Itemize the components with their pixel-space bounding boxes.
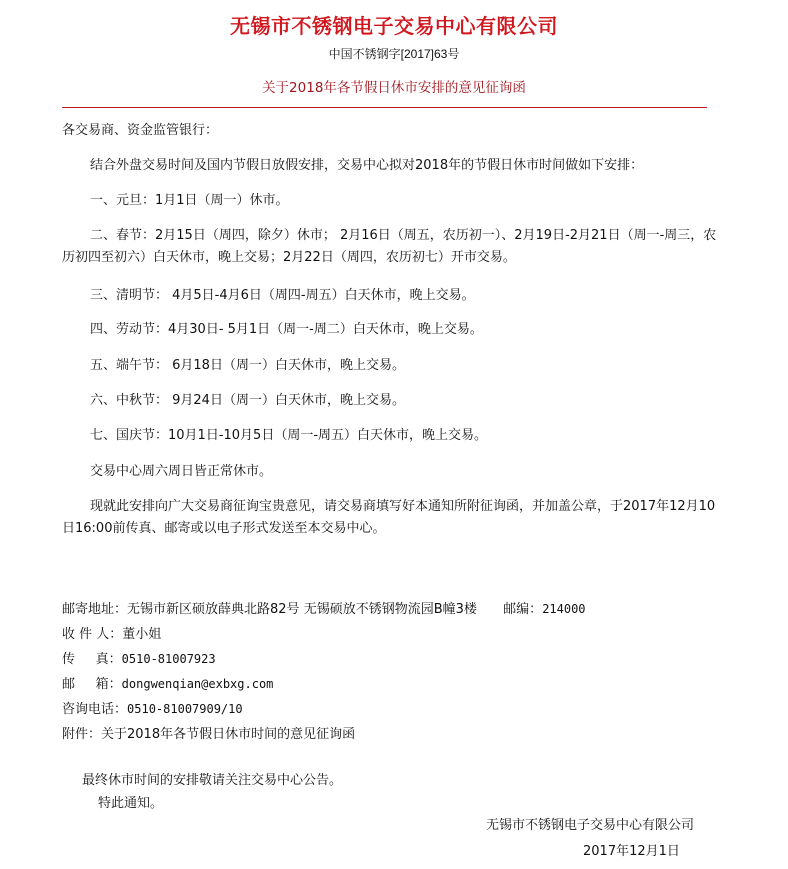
fax-line: 传 真：0510-81007923 xyxy=(62,648,216,667)
holiday-national-day: 七、国庆节：10月1日-10月5日（周一-周五）白天休市，晚上交易。 xyxy=(90,426,487,446)
holiday-spring-festival: 二、春节：2月15日（周四，除夕）休市； 2月16日（周五，农历初一）、2月19… xyxy=(62,225,722,269)
company-title: 无锡市不锈钢电子交易中心有限公司 xyxy=(0,10,788,39)
holiday-new-year: 一、元旦：1月1日（周一）休市。 xyxy=(90,191,289,211)
fax-label: 传 真： xyxy=(62,652,122,667)
address-label: 邮寄地址： xyxy=(62,602,127,617)
attachment-value: 关于2018年各节假日休市时间的意见征询函 xyxy=(101,727,355,742)
phone-line: 咨询电话：0510-81007909/10 xyxy=(62,698,243,717)
weekend-note: 交易中心周六周日皆正常休市。 xyxy=(90,462,272,482)
phone-value: 0510-81007909/10 xyxy=(127,702,243,716)
recipient-label: 收 件 人： xyxy=(62,627,122,642)
signature: 无锡市不锈钢电子交易中心有限公司 xyxy=(486,814,694,833)
salutation: 各交易商、资金监管银行： xyxy=(62,121,218,141)
address-line: 邮寄地址：无锡市新区硕放薛典北路82号 无锡硕放不锈钢物流园B幢3楼 邮编：21… xyxy=(62,598,586,617)
intro-paragraph: 结合外盘交易时间及国内节假日放假安排，交易中心拟对2018年的节假日休市时间做如… xyxy=(90,156,643,176)
email-label: 邮 箱： xyxy=(62,677,122,692)
holiday-qingming: 三、清明节： 4月5日-4月6日（周四-周五）白天休市，晚上交易。 xyxy=(90,286,475,306)
email-line: 邮 箱：dongwenqian@exbxg.com xyxy=(62,673,273,692)
recipient-value: 董小姐 xyxy=(122,627,161,642)
header-divider xyxy=(62,107,707,108)
recipient-line: 收 件 人：董小姐 xyxy=(62,623,161,642)
attachment-line: 附件：关于2018年各节假日休市时间的意见征询函 xyxy=(62,723,355,742)
document-subject: 关于2018年各节假日休市安排的意见征询函 xyxy=(0,76,788,96)
attachment-label: 附件： xyxy=(62,727,101,742)
notice-text: 特此通知。 xyxy=(98,794,163,814)
phone-label: 咨询电话： xyxy=(62,702,127,717)
document-number: 中国不锈钢字[2017]63号 xyxy=(0,45,788,62)
email-value[interactable]: dongwenqian@exbxg.com xyxy=(122,677,274,691)
fax-value: 0510-81007923 xyxy=(122,652,216,666)
holiday-labor-day: 四、劳动节：4月30日- 5月1日（周一-周二）白天休市，晚上交易。 xyxy=(90,320,483,340)
postcode-value: 214000 xyxy=(542,602,585,616)
request-paragraph: 现就此安排向广大交易商征询宝贵意见，请交易商填写好本通知所附征询函，并加盖公章，… xyxy=(62,496,722,540)
holiday-dragon-boat: 五、端午节： 6月18日（周一）白天休市，晚上交易。 xyxy=(90,356,405,376)
final-note: 最终休市时间的安排敬请关注交易中心公告。 xyxy=(82,771,342,791)
holiday-mid-autumn: 六、中秋节： 9月24日（周一）白天休市，晚上交易。 xyxy=(90,391,405,411)
address-value: 无锡市新区硕放薛典北路82号 无锡硕放不锈钢物流园B幢3楼 xyxy=(127,602,477,617)
postcode-label: 邮编： xyxy=(503,602,542,617)
signature-date: 2017年12月1日 xyxy=(583,840,680,859)
